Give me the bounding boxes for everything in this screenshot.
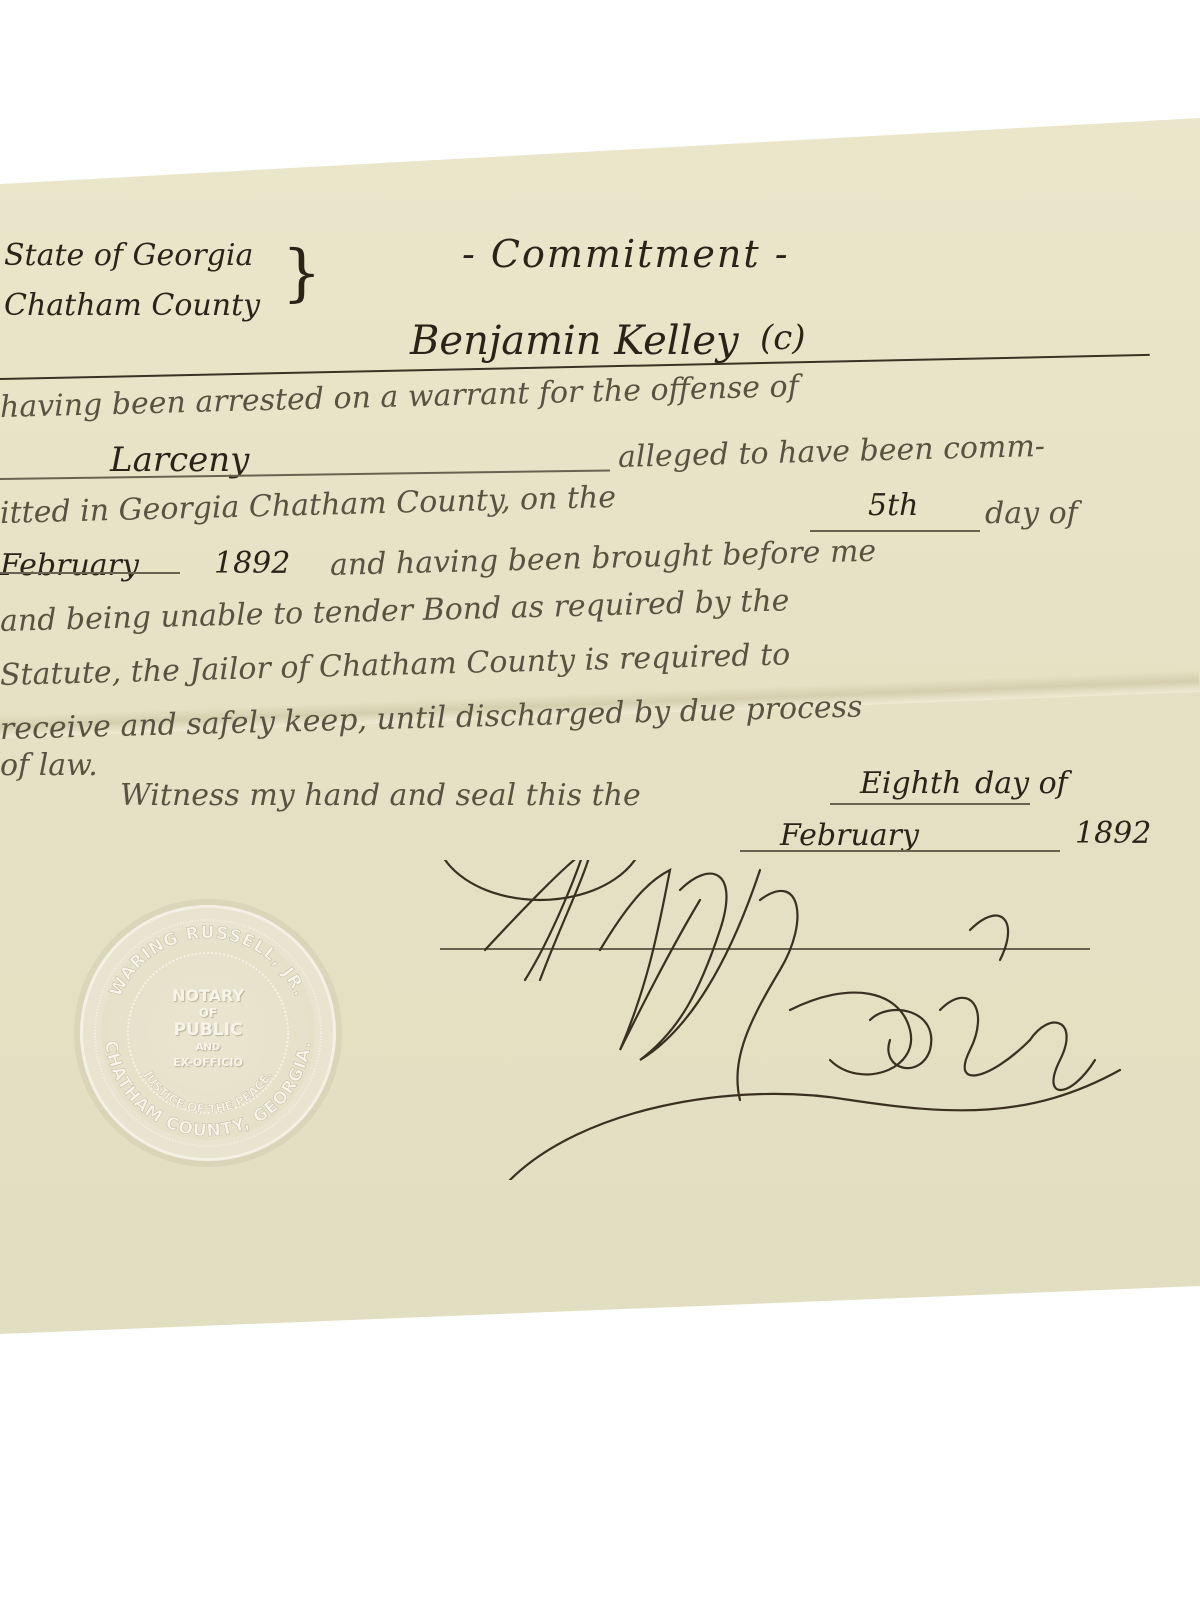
venue-state: State of Georgia xyxy=(4,238,253,274)
defendant-name: Benjamin Kelley xyxy=(410,318,739,364)
seal-center-line-1: NOTARY xyxy=(83,986,333,1005)
witness-day: Eighth xyxy=(860,766,961,801)
notary-embossed-seal: WARING RUSSELL, JR. CHATHAM COUNTY, GEOR… xyxy=(80,905,336,1161)
witness-month: February xyxy=(780,818,919,853)
venue-brace: } xyxy=(282,236,321,309)
svg-text:CHATHAM COUNTY, GEORGIA.: CHATHAM COUNTY, GEORGIA. xyxy=(100,1039,316,1141)
seal-outer-bottom-text: CHATHAM COUNTY, GEORGIA. xyxy=(100,1039,316,1141)
offense-year: 1892 xyxy=(214,546,290,581)
offense-month-underline xyxy=(0,572,180,574)
offense-day: 5th xyxy=(868,488,918,523)
body-line-of-law: of law. xyxy=(0,748,98,783)
defendant-suffix: (c) xyxy=(760,318,806,358)
signature-flourish-icon xyxy=(430,860,1200,1180)
seal-center-line-4: AND xyxy=(83,1042,333,1053)
document-title: - Commitment - xyxy=(462,232,790,276)
seal-center-line-2: OF xyxy=(83,1006,333,1020)
offense-day-underline xyxy=(810,530,980,532)
witness-day-suffix: day of xyxy=(975,766,1068,801)
witness-day-underline xyxy=(830,803,1030,805)
offense-month: February xyxy=(0,548,139,583)
body-line-day-of: day of xyxy=(985,496,1078,531)
venue-county: Chatham County xyxy=(4,288,260,324)
witness-month-underline xyxy=(740,850,1060,852)
seal-center-line-5: EX-OFFICIO xyxy=(83,1056,333,1069)
witness-year: 1892 xyxy=(1075,816,1151,851)
notary-signature xyxy=(430,860,1200,1184)
witness-line: Witness my hand and seal this the xyxy=(120,778,641,813)
seal-center-line-3: PUBLIC xyxy=(83,1020,333,1040)
